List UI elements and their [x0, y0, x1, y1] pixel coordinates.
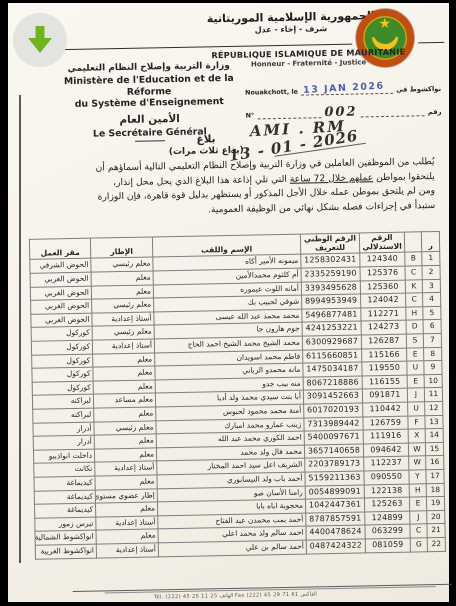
table-cell: 16: [426, 456, 444, 470]
screenshot-frame: { "colors": { "download_arrow_green": "#…: [0, 0, 456, 606]
table-cell: 19: [426, 497, 444, 511]
notice-line2-underlined: عملهم خلال 72 ساعة: [290, 172, 374, 185]
table-cell: أستاذ إعدادية: [96, 516, 158, 531]
table-cell: 1042447361: [305, 498, 364, 513]
table-cell: 5159211363: [305, 471, 364, 486]
ministry-fr-line2: du Système d'Enseignement: [55, 96, 243, 111]
table-cell: 9: [424, 361, 442, 375]
table-cell: 3091452663: [303, 389, 362, 404]
table-header-cell: الرقم الوطني للتعريف: [300, 233, 359, 255]
seal-star-icon: ★: [363, 17, 407, 32]
table-cell: 20: [427, 510, 445, 524]
table-cell: أستاذ إعدادية: [92, 339, 154, 354]
table-cell: X: [408, 429, 425, 443]
reference-block: Nouakchott, le نواكشوط في 13 JAN 2026 N°…: [245, 84, 442, 120]
number-label-ar: رقم: [428, 108, 442, 116]
table-header-cell: الرقم الاستدلالي: [359, 232, 404, 253]
table-cell: الحوض الشرقي: [30, 259, 91, 274]
table-cell: 125360: [360, 280, 405, 294]
table-cell: U: [408, 402, 425, 416]
table-cell: لبراكنه: [32, 394, 93, 409]
table-cell: 6017020193: [304, 403, 363, 418]
table-cell: 4: [423, 293, 441, 307]
table-cell: 124273: [361, 321, 406, 335]
table-cell: 7: [423, 333, 441, 347]
place-label-fr: Nouakchott, le: [245, 88, 298, 97]
table-cell: W: [409, 456, 426, 470]
table-cell: 4400478624: [306, 525, 365, 540]
download-icon: [27, 25, 53, 55]
table-cell: 5400097671: [304, 430, 363, 445]
table-cell: 090550: [364, 470, 409, 484]
notice-title-block: بلاغ (يذاع ثلاث مرات): [139, 132, 273, 158]
table-cell: كوركول: [31, 340, 92, 355]
table-cell: C: [405, 266, 422, 280]
table-cell: C: [410, 524, 427, 538]
table-cell: الحوض الغربي: [31, 299, 92, 314]
table-cell: معلم رئيسي: [91, 257, 153, 272]
table-cell: أستاذ إعدادية: [96, 543, 158, 558]
table-cell: 5496877481: [302, 308, 361, 323]
table-cell: 15: [425, 442, 443, 456]
table-cell: 125263: [364, 497, 409, 511]
table-cell: J: [407, 388, 424, 402]
table-cell: 081059: [365, 538, 410, 552]
table-cell: 14: [425, 429, 443, 443]
table-cell: 5: [423, 306, 441, 320]
table-cell: 112237: [364, 456, 409, 470]
table-cell: 126287: [361, 334, 406, 348]
notice-line2-post: التي تلي إذاعة هذا البلاغ الذي يحل محل إ…: [113, 173, 290, 187]
table-cell: H: [409, 483, 426, 497]
table-cell: 115166: [362, 348, 407, 362]
table-cell: 122138: [364, 484, 409, 498]
table-cell: 0487424322: [306, 539, 365, 554]
table-cell: 1: [422, 252, 440, 266]
table-cell: 091871: [362, 388, 407, 402]
table-cell: 1258302431: [301, 253, 360, 268]
table-cell: 6300929687: [302, 335, 361, 350]
table-cell: 2335259190: [301, 267, 360, 282]
table-cell: E: [407, 347, 424, 361]
table-cell: 6: [423, 320, 441, 334]
table-cell: معلم: [91, 285, 153, 300]
table-cell: انواكشوط الشمالية: [35, 530, 96, 545]
table-cell: معلم: [94, 434, 156, 449]
table-cell: 1475034187: [303, 362, 362, 377]
table-cell: كيديماغة: [34, 490, 95, 505]
table-cell: 2203789173: [305, 457, 364, 472]
secretary-general-ar: الأمين العام: [56, 112, 244, 128]
scanned-document-page: الجمهورية الإسلامية الموريتانية شرف - إخ…: [8, 3, 449, 602]
staff-table-body: 1B1243401258302431ميمونه الأمير أكاهمعلم…: [30, 252, 446, 559]
table-cell: C: [406, 293, 423, 307]
table-cell: معلم: [95, 475, 157, 490]
table-cell: معلم رئيسي: [92, 298, 154, 313]
table-cell: معلم رئيسي: [94, 420, 156, 435]
table-cell: 22: [427, 537, 445, 551]
table-cell: 3393495628: [301, 281, 360, 296]
notice-line2-pre: يلتحقوا بمواطن: [373, 171, 435, 183]
table-cell: H: [406, 307, 423, 321]
table-cell: 17: [426, 469, 444, 483]
table-cell: 8994953949: [302, 294, 361, 309]
table-cell: F: [408, 415, 425, 429]
table-cell: K: [405, 279, 422, 293]
table-header-cell: الإسم واللقب: [152, 234, 300, 257]
table-cell: Y: [409, 470, 426, 484]
table-cell: 4241253221: [302, 321, 361, 336]
table-cell: 112271: [361, 307, 406, 321]
table-cell: أستاذ إعدادية: [92, 312, 154, 327]
number-label-fr: N°: [245, 111, 254, 119]
table-cell: أدرار: [33, 435, 94, 450]
table-cell: 8067218886: [303, 376, 362, 391]
table-header-cell: مقر العمل: [29, 238, 90, 260]
place-label-ar: نواكشوط في: [396, 85, 441, 94]
table-cell: 124042: [361, 293, 406, 307]
table-cell: U: [407, 361, 424, 375]
ministry-block: وزارة التربية وإصلاح النظام التعليمي Min…: [55, 61, 244, 143]
table-cell: B: [405, 252, 422, 266]
table-cell: 21: [427, 524, 445, 538]
ministry-name-fr: Ministère de l'Education et de la Réform…: [55, 73, 244, 111]
table-cell: معلم: [93, 380, 155, 395]
table-cell: الحوض الغربي: [30, 272, 91, 287]
table-cell: معلم: [94, 407, 156, 422]
table-cell: 2: [422, 265, 440, 279]
table-cell: 126759: [363, 416, 408, 430]
table-header-cell: الإطار: [90, 237, 152, 259]
table-cell: 8: [424, 347, 442, 361]
table-cell: 125376: [360, 266, 405, 280]
staff-table-wrap: رالرقم الاستدلاليالرقم الوطني للتعريفالإ…: [29, 231, 445, 559]
table-cell: 3: [422, 279, 440, 293]
table-cell: 12: [425, 401, 443, 415]
staff-table: رالرقم الاستدلاليالرقم الوطني للتعريفالإ…: [29, 231, 446, 559]
download-button[interactable]: [13, 13, 67, 67]
table-cell: كوركول: [32, 381, 93, 396]
table-cell: كوركول: [32, 367, 93, 382]
table-cell: D: [406, 320, 423, 334]
table-cell: E: [407, 375, 424, 389]
table-cell: داخلت انواذيبو: [33, 449, 94, 464]
table-cell: كوركول: [32, 354, 93, 369]
table-cell: معلم: [93, 353, 155, 368]
table-cell: J: [410, 510, 427, 524]
table-cell: معلم: [96, 529, 158, 544]
table-cell: 3657140658: [304, 444, 363, 459]
notice-body: يُطلب من الموظفين العاملين في وزارة التر…: [32, 155, 435, 221]
table-cell: الحوض الغربي: [30, 286, 91, 301]
table-cell: 110442: [363, 402, 408, 416]
table-cell: 124899: [365, 511, 410, 525]
table-cell: G: [410, 538, 427, 552]
table-cell: إطار عضوي مستوى 2: [95, 488, 157, 503]
table-cell: 13: [425, 415, 443, 429]
table-cell: 111916: [363, 429, 408, 443]
table-cell: W: [408, 443, 425, 457]
table-cell: أحمد سالم بن علي: [158, 540, 306, 556]
table-cell: 124340: [360, 253, 405, 267]
table-cell: تكانت: [34, 462, 95, 477]
table-cell: 8787857591: [306, 512, 365, 527]
table-cell: معلم: [93, 366, 155, 381]
table-cell: معلم مساعد: [93, 393, 155, 408]
table-cell: 7313989442: [304, 417, 363, 432]
table-cell: 094642: [363, 443, 408, 457]
table-cell: 10: [424, 374, 442, 388]
table-cell: كوركول: [31, 327, 92, 342]
table-cell: S: [406, 334, 423, 348]
number-fill-line2: [360, 107, 424, 117]
table-cell: 11: [424, 388, 442, 402]
table-cell: معلم: [94, 448, 156, 463]
table-cell: انواكشوط الغربية: [35, 544, 96, 559]
table-cell: معلم رئيسي: [92, 325, 154, 340]
table-cell: 119550: [362, 361, 407, 375]
table-cell: E: [409, 497, 426, 511]
table-cell: كيديماغة: [34, 503, 95, 518]
table-cell: 6115660851: [303, 349, 362, 364]
table-cell: معلم: [95, 502, 157, 517]
table-cell: معلم: [91, 271, 153, 286]
header-divider-dash: [418, 42, 444, 43]
table-cell: الحوض الغربي: [31, 313, 92, 328]
table-cell: 18: [426, 483, 444, 497]
table-cell: أستاذ إعدادية: [95, 461, 157, 476]
table-header-cell: ر: [421, 231, 439, 252]
table-cell: 0054899091: [305, 484, 364, 499]
table-cell: أدرار: [33, 422, 94, 437]
date-line: Nouakchott, le نواكشوط في 13 JAN 2026: [245, 84, 441, 97]
table-cell: 116155: [362, 375, 407, 389]
table-header-cell: [404, 232, 421, 253]
table-cell: كيديماغة: [34, 476, 95, 491]
table-cell: لبراكنه: [33, 408, 94, 423]
document-content: الجمهورية الإسلامية الموريتانية شرف - إخ…: [3, 0, 455, 606]
table-cell: تيرس زمور: [35, 517, 96, 532]
table-cell: 063299: [365, 524, 410, 538]
